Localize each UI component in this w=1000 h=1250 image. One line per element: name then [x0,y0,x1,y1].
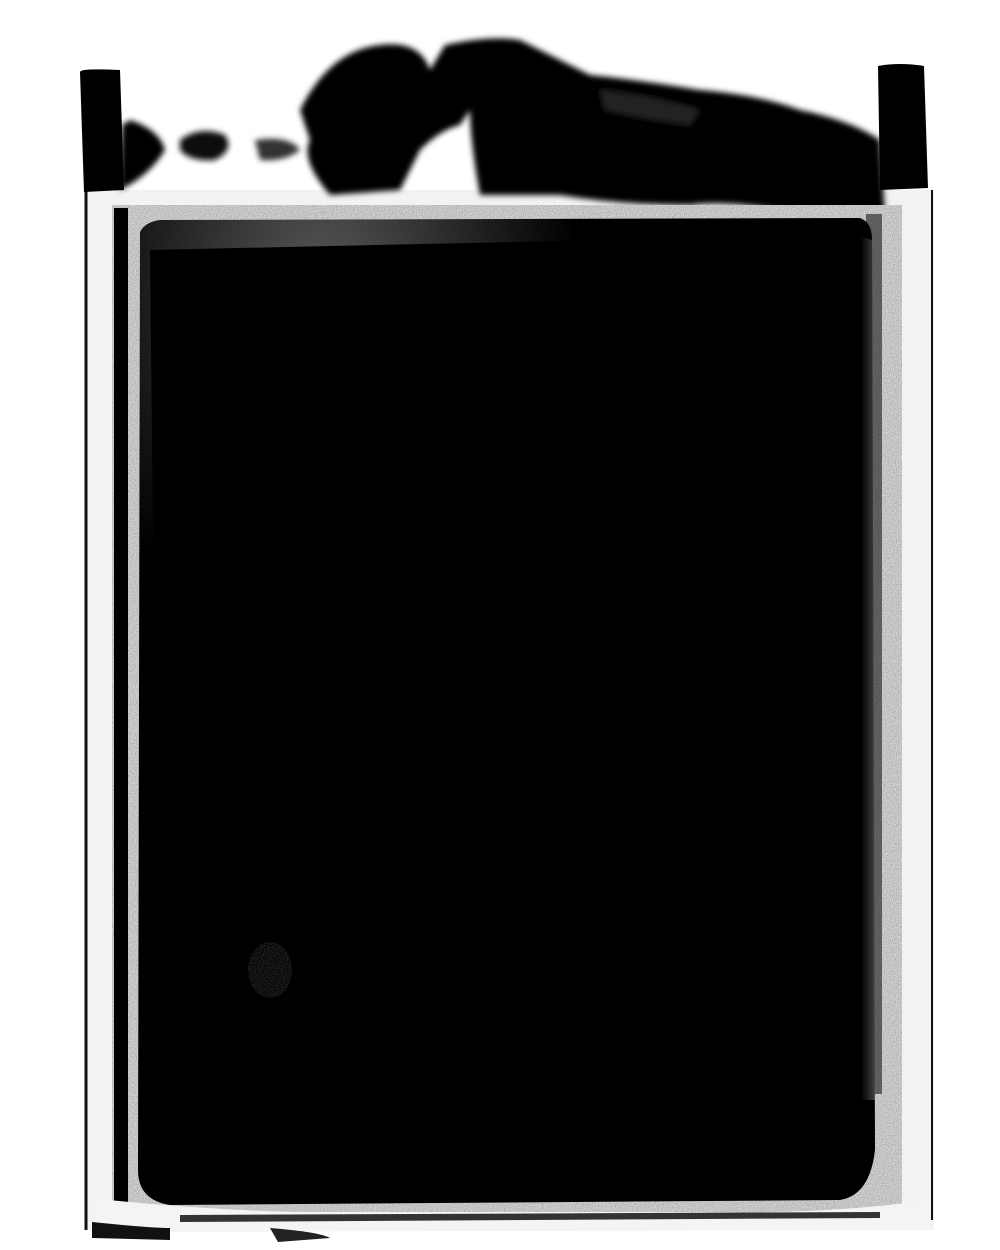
frame-artwork [0,0,1000,1250]
dark-plate [138,218,875,1205]
top-smudge [120,38,885,215]
photo-frame-image [0,0,1000,1250]
